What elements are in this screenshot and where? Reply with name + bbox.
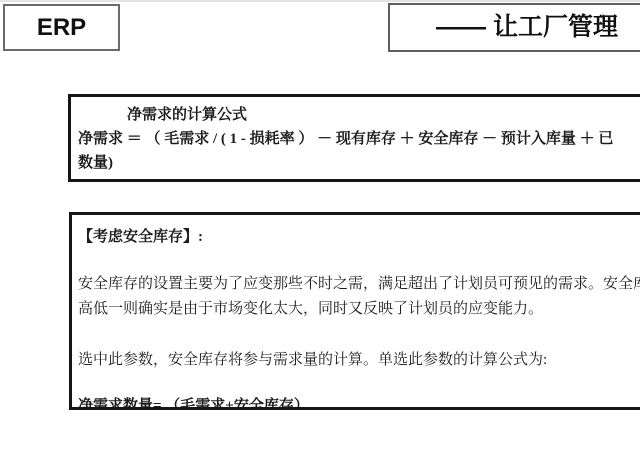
page: ERP —— 让工厂管理 净需求的计算公式 净需求 ＝ （ 毛需求 / ( 1 … (0, 0, 640, 461)
formula-box-title: 净需求的计算公式 (78, 103, 640, 127)
safety-paragraph-1-line-1: 安全库存的设置主要为了应变那些不时之需，满足超出了计划员可预见的需求。安全库 (78, 272, 640, 297)
formula-line-2: 数量) (78, 151, 640, 175)
safety-paragraph-1-line-2: 高低一则确实是由于市场变化太大，同时又反映了计划员的应变能力。 (78, 297, 640, 322)
formula-line-1: 净需求 ＝ （ 毛需求 / ( 1 - 损耗率 ） － 现有库存 ＋ 安全库存 … (78, 127, 640, 151)
page-top-edge-divider (0, 0, 640, 2)
erp-logo-box: ERP (3, 4, 120, 51)
safety-stock-heading: 【考虑安全库存】: (78, 225, 640, 250)
safety-stock-paragraph-2: 选中此参数，安全库存将参与需求量的计算。单选此参数的计算公式为: (78, 348, 640, 373)
erp-logo-label: ERP (37, 14, 86, 42)
safety-stock-paragraph-1: 安全库存的设置主要为了应变那些不时之需，满足超出了计划员可预见的需求。安全库 高… (78, 272, 640, 322)
header-slogan-box: —— 让工厂管理 (388, 3, 640, 52)
header-slogan-text: —— 让工厂管理 (436, 13, 618, 41)
net-demand-formula-box: 净需求的计算公式 净需求 ＝ （ 毛需求 / ( 1 - 损耗率 ） － 现有库… (68, 94, 640, 182)
safety-stock-formula: 净需求数量= （毛需求+安全库存） (78, 394, 640, 410)
safety-stock-box: 【考虑安全库存】: 安全库存的设置主要为了应变那些不时之需，满足超出了计划员可预… (69, 212, 640, 410)
